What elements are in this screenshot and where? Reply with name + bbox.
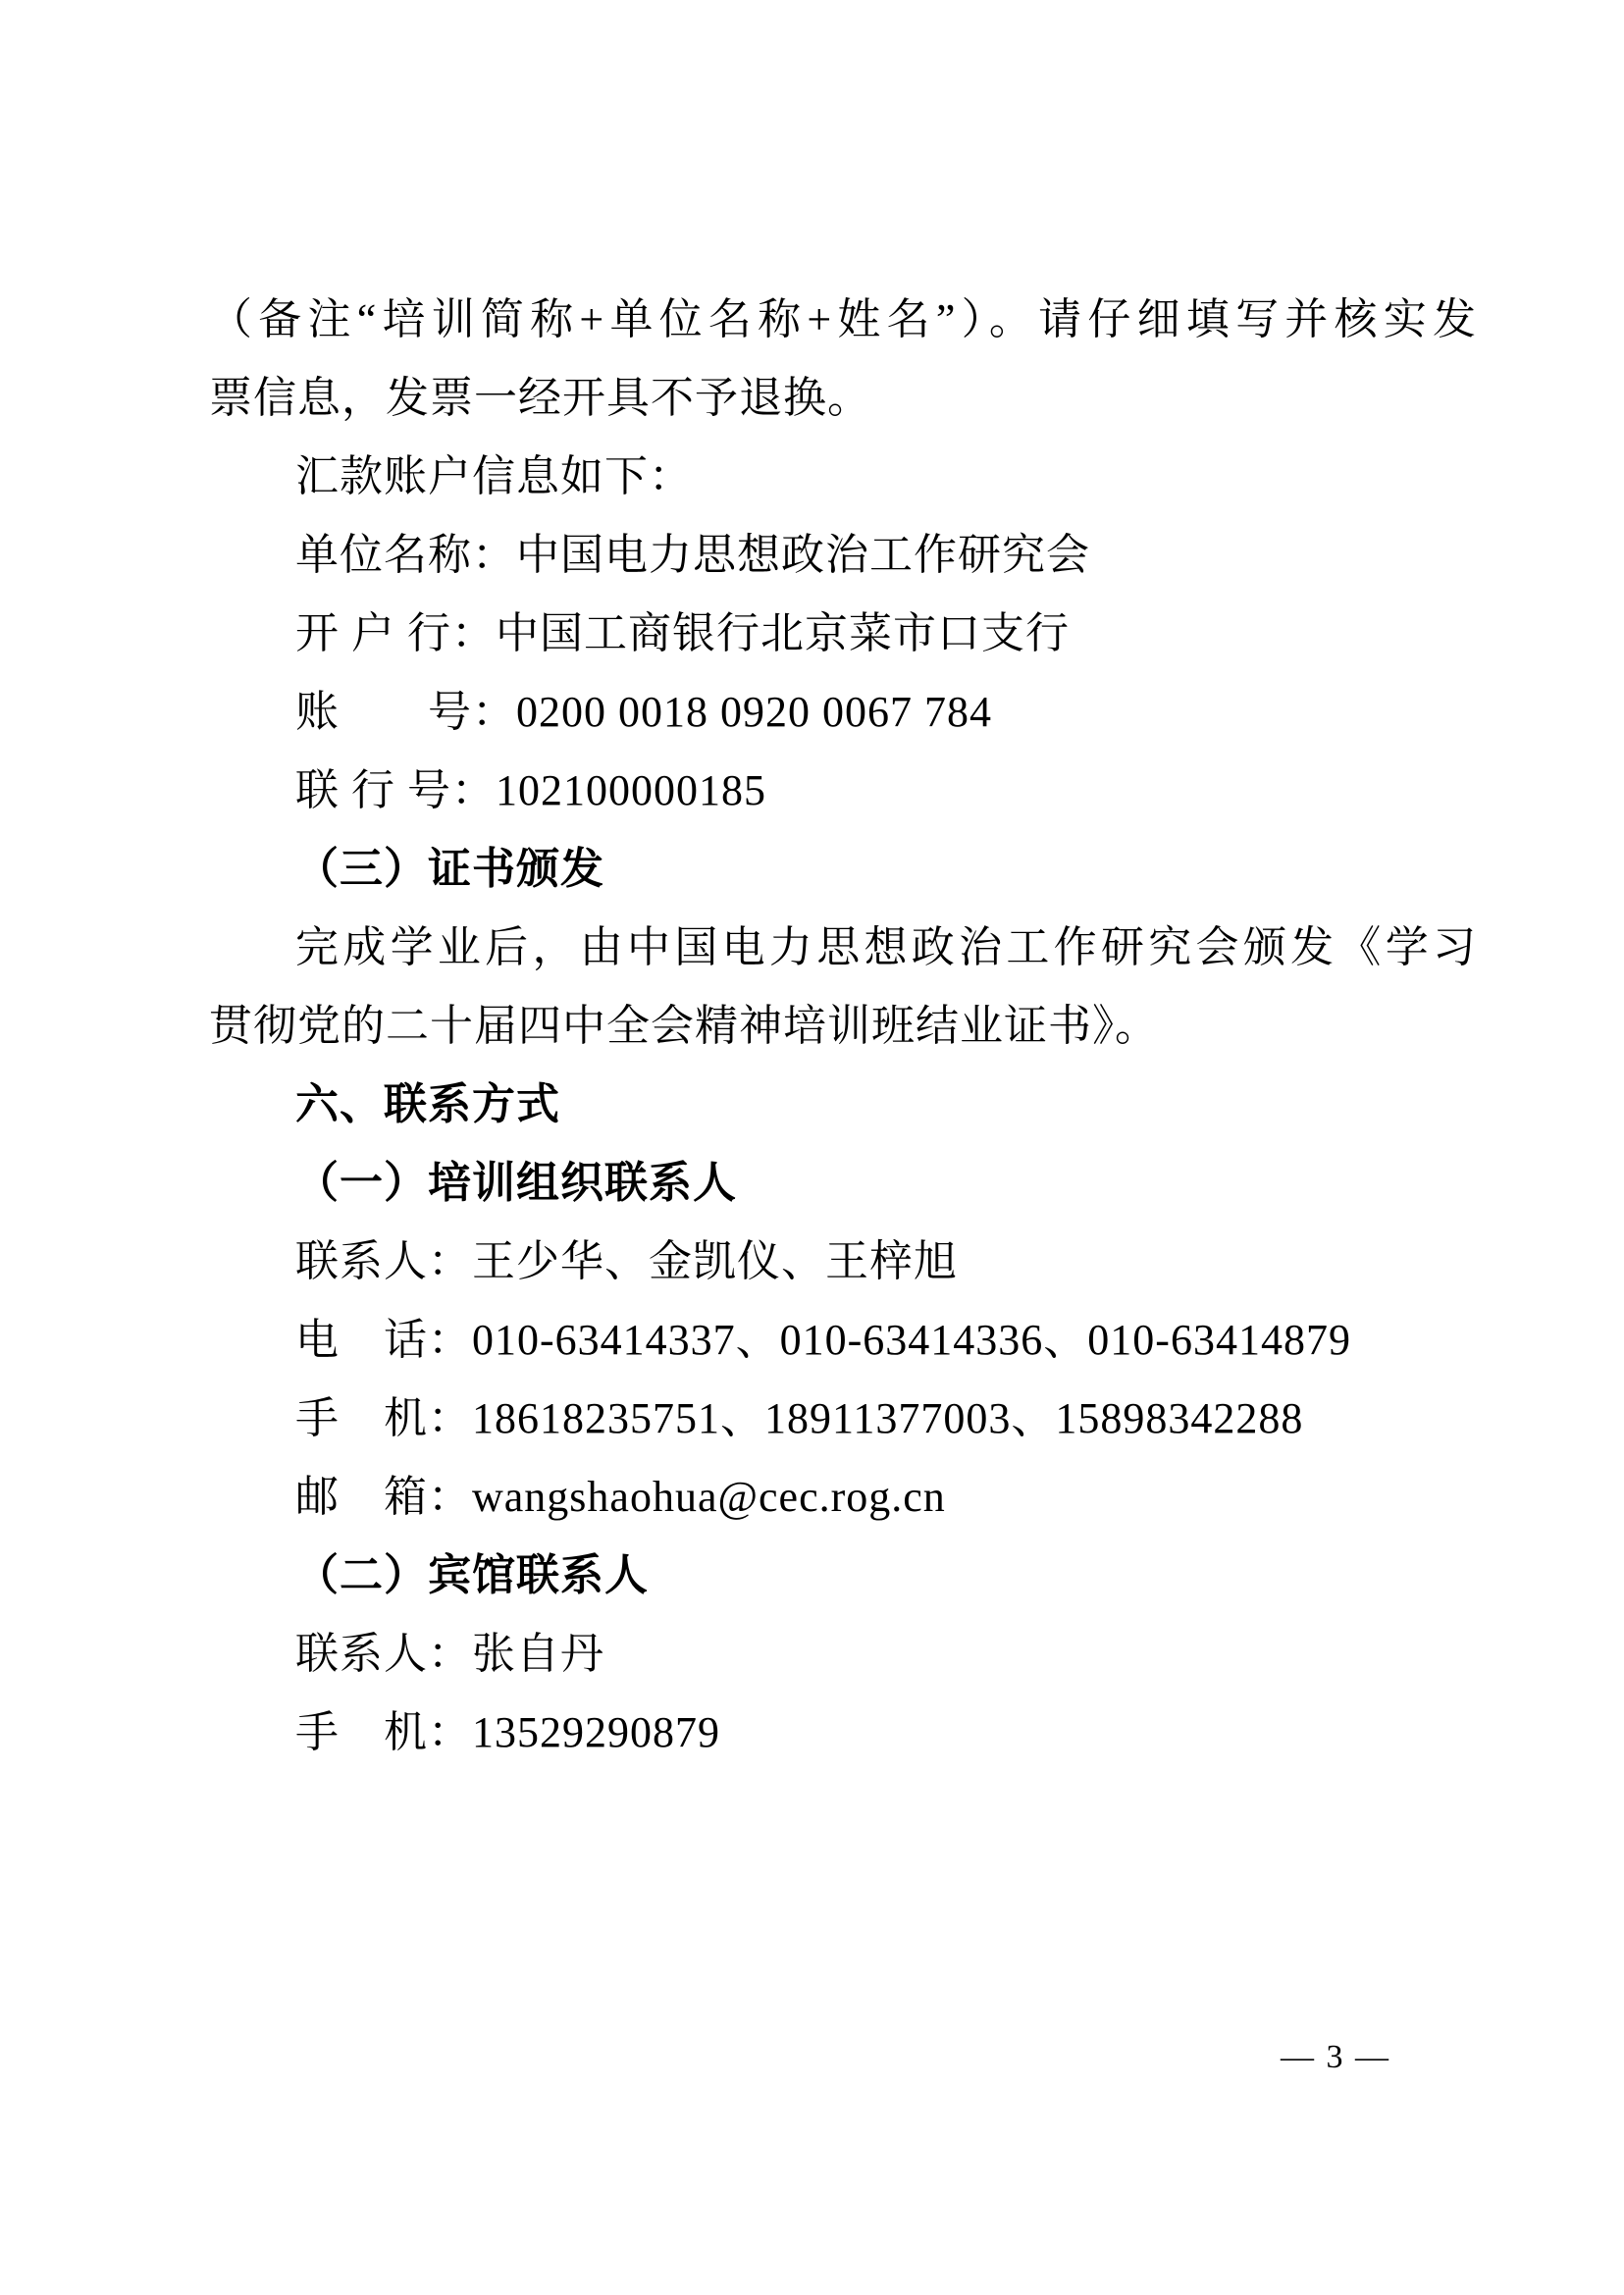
document-body: （备注“培训简称+单位名称+姓名”）。请仔细填写并核实发 票信息，发票一经开具不… [209,281,1477,1772]
hotel-mobile-line: 手 机：13529290879 [209,1694,1477,1772]
account-number-line: 账 号：0200 0018 0920 0067 784 [209,673,1477,752]
mobile-line: 手 机：18618235751、18911377003、15898342288 [209,1380,1477,1458]
account-name-line: 单位名称：中国电力思想政治工作研究会 [209,516,1477,595]
page-number: — 3 — [1281,2033,1390,2082]
remittance-info-heading: 汇款账户信息如下： [209,438,1477,516]
telephone-line: 电 话：010-63414337、010-63414336、010-634148… [209,1301,1477,1380]
bank-branch-line: 开 户 行：中国工商银行北京菜市口支行 [209,595,1477,673]
certificate-paragraph-line-1: 完成学业后，由中国电力思想政治工作研究会颁发《学习 [209,909,1477,987]
section-3-certificate-heading: （三）证书颁发 [209,830,1477,909]
training-contact-heading: （一）培训组织联系人 [209,1144,1477,1223]
training-contact-names-line: 联系人：王少华、金凯仪、王梓旭 [209,1223,1477,1301]
email-line: 邮 箱：wangshaohua@cec.rog.cn [209,1458,1477,1537]
hotel-contact-heading: （二）宾馆联系人 [209,1537,1477,1615]
document-page: （备注“培训简称+单位名称+姓名”）。请仔细填写并核实发 票信息，发票一经开具不… [0,0,1624,2295]
section-6-contact-heading: 六、联系方式 [209,1066,1477,1144]
hotel-contact-name-line: 联系人：张自丹 [209,1615,1477,1694]
bank-code-line: 联 行 号：102100000185 [209,752,1477,830]
invoice-note-line-2: 票信息，发票一经开具不予退换。 [209,359,1477,438]
certificate-paragraph-line-2: 贯彻党的二十届四中全会精神培训班结业证书》。 [209,987,1477,1066]
invoice-note-line-1: （备注“培训简称+单位名称+姓名”）。请仔细填写并核实发 [209,281,1477,359]
